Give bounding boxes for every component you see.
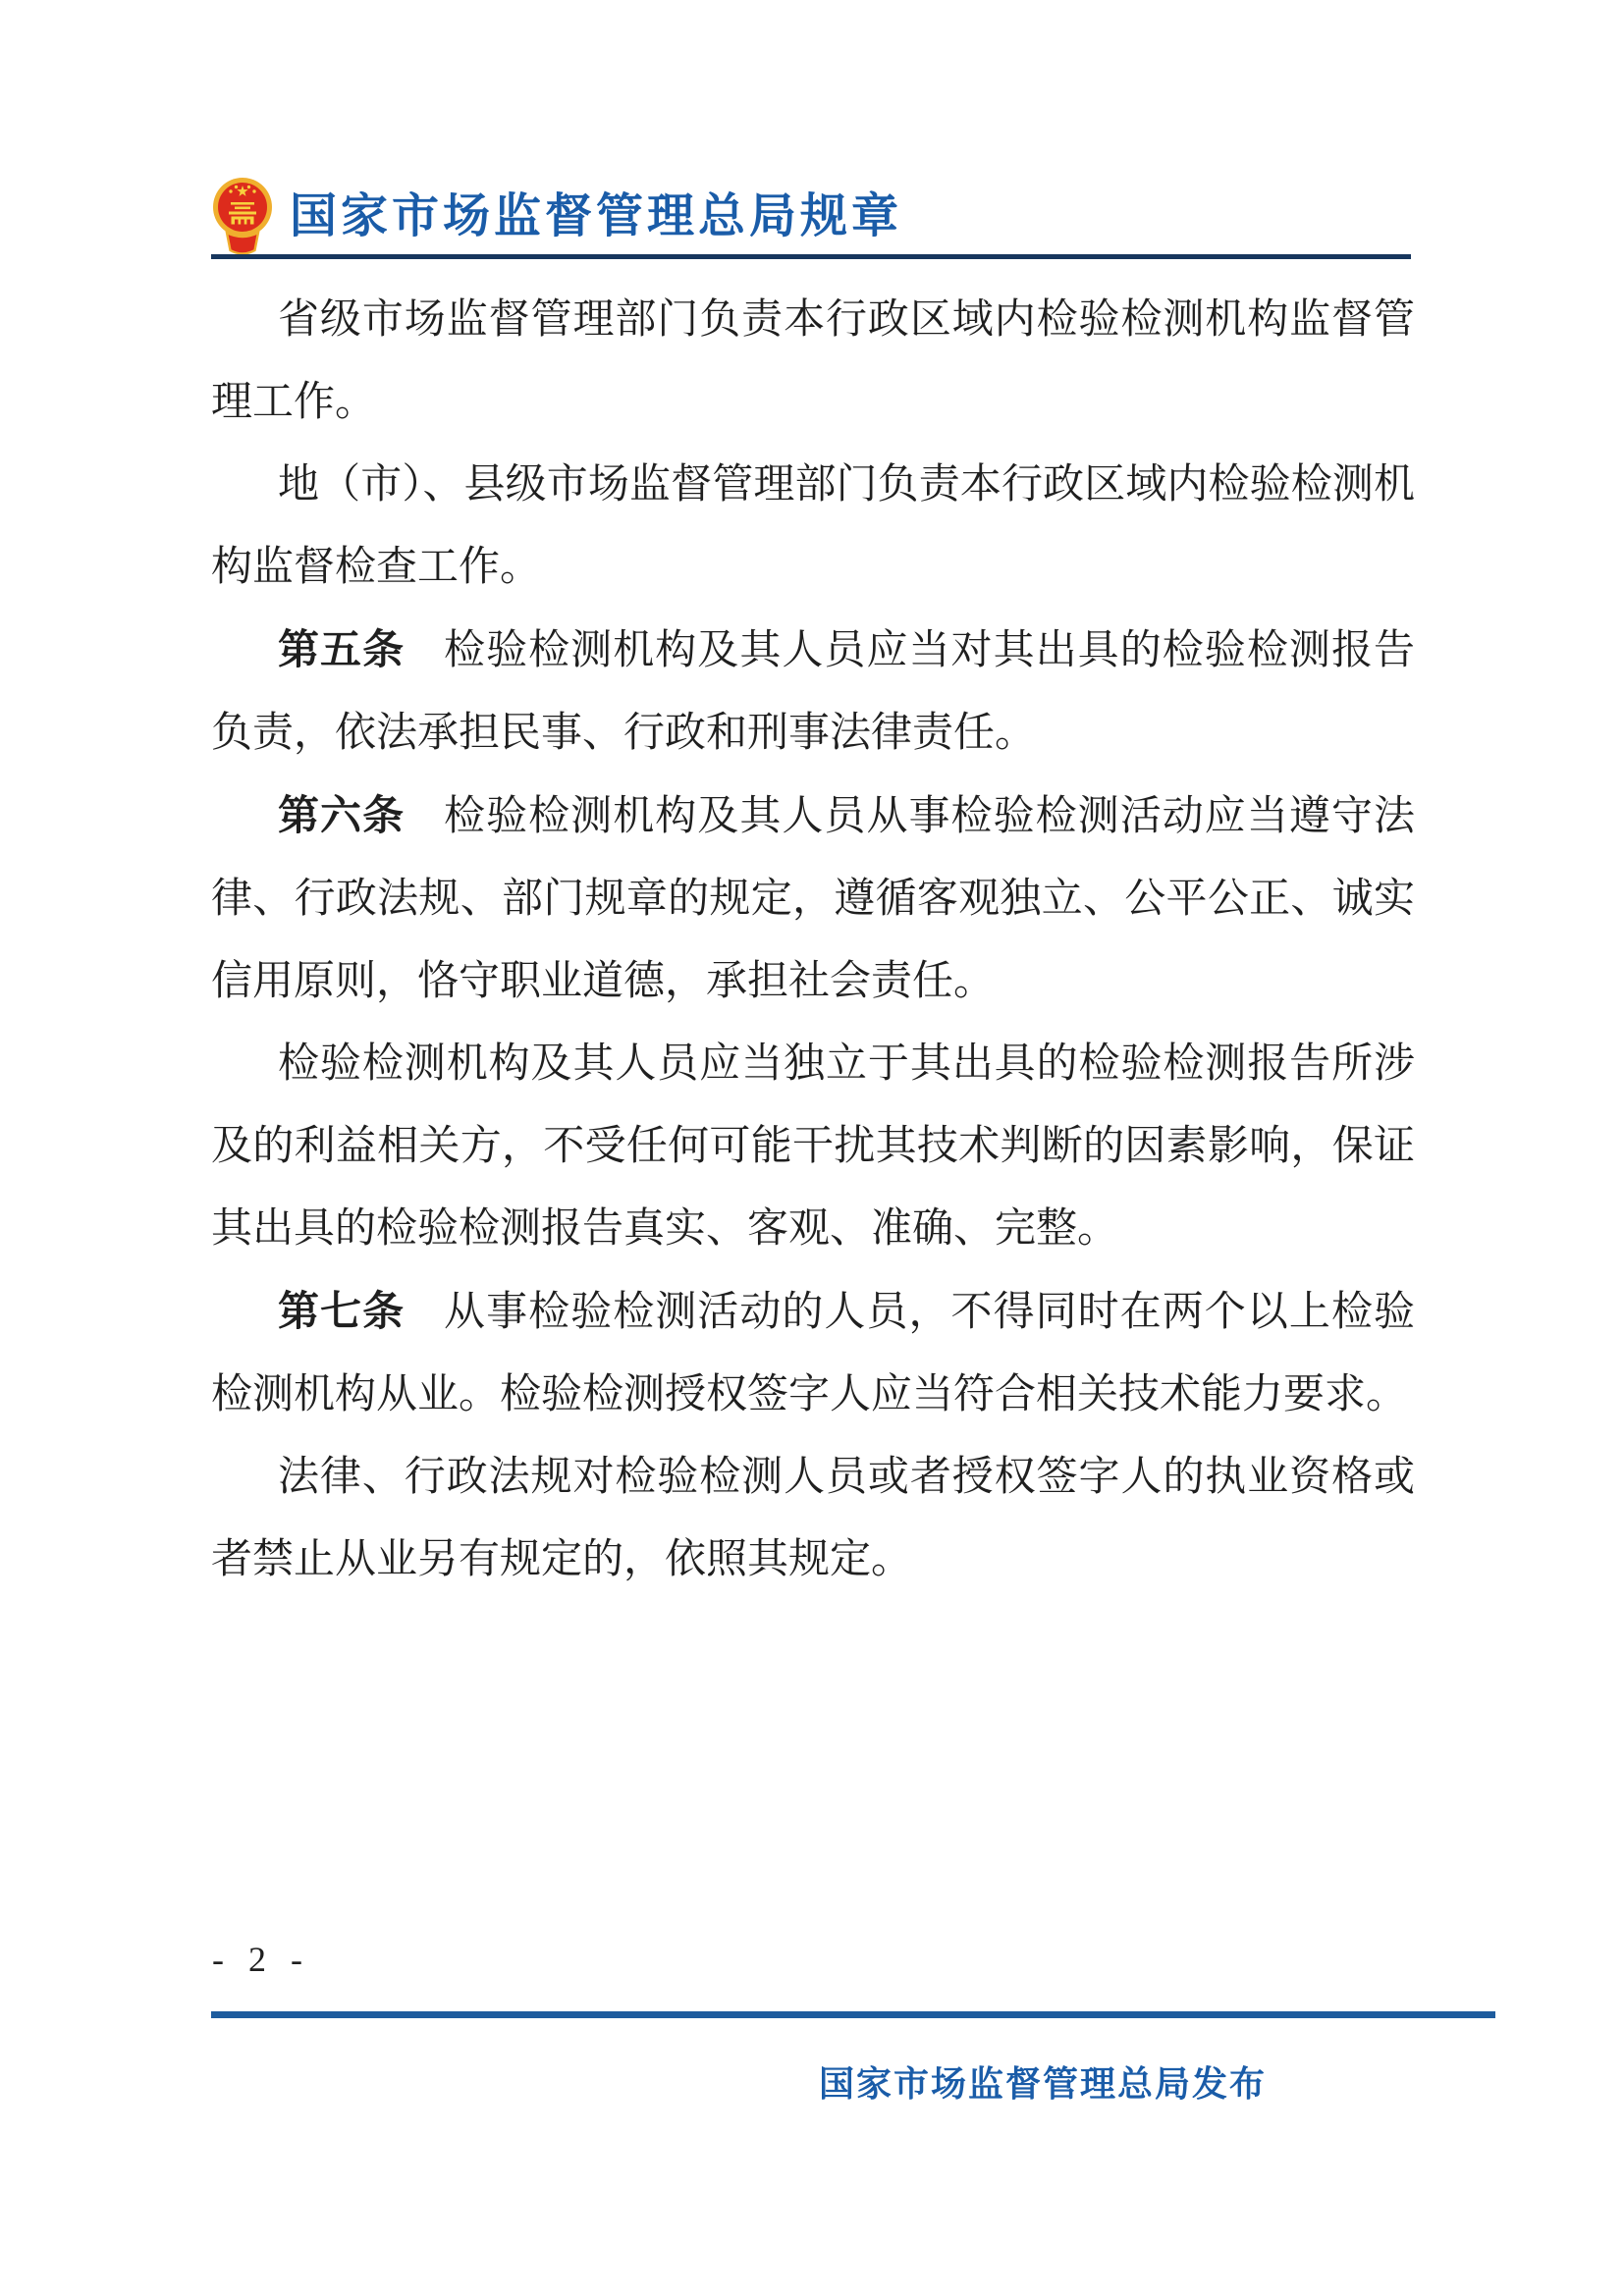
article-7-label: 第七条 [278,1288,405,1334]
publisher-label: 国家市场监督管理总局发布 [211,2056,1267,2107]
paragraph-1-text: 省级市场监督管理部门负责本行政区域内检验检测机构监督管理工作。 [211,297,1415,425]
paragraph-7-text: 法律、行政法规对检验检测人员或者授权签字人的执业资格或者禁止从业另有规定的，依照… [211,1455,1415,1582]
document-body: 省级市场监督管理部门负责本行政区域内检验检测机构监督管理工作。 地（市）、县级市… [211,279,1415,1601]
paragraph-5-text: 检验检测机构及其人员应当独立于其出具的检验检测报告所涉及的利益相关方，不受任何可… [211,1041,1415,1252]
paragraph-7: 法律、行政法规对检验检测人员或者授权签字人的执业资格或者禁止从业另有规定的，依照… [211,1436,1415,1601]
paragraph-6: 第七条从事检验检测活动的人员，不得同时在两个以上检验检测机构从业。检验检测授权签… [211,1270,1415,1436]
paragraph-4: 第六条检验检测机构及其人员从事检验检测活动应当遵守法律、行政法规、部门规章的规定… [211,774,1415,1023]
paragraph-1: 省级市场监督管理部门负责本行政区域内检验检测机构监督管理工作。 [211,279,1415,444]
paragraph-2: 地（市）、县级市场监督管理部门负责本行政区域内检验检测机构监督检查工作。 [211,444,1415,609]
paragraph-3: 第五条检验检测机构及其人员应当对其出具的检验检测报告负责，依法承担民事、行政和刑… [211,609,1415,774]
page-number: - 2 - [212,1939,310,1980]
article-5-label: 第五条 [278,626,405,672]
footer-divider [211,2011,1495,2018]
page-header: 国家市场监督管理总局规章 [211,177,902,257]
paragraph-5: 检验检测机构及其人员应当独立于其出具的检验检测报告所涉及的利益相关方，不受任何可… [211,1023,1415,1270]
document-page: 国家市场监督管理总局规章 省级市场监督管理部门负责本行政区域内检验检测机构监督管… [0,0,1624,2296]
header-divider [211,254,1411,259]
article-6-label: 第六条 [278,792,405,838]
paragraph-2-text: 地（市）、县级市场监督管理部门负责本行政区域内检验检测机构监督检查工作。 [211,462,1415,590]
national-emblem-icon [211,177,274,257]
header-title: 国家市场监督管理总局规章 [290,177,902,257]
